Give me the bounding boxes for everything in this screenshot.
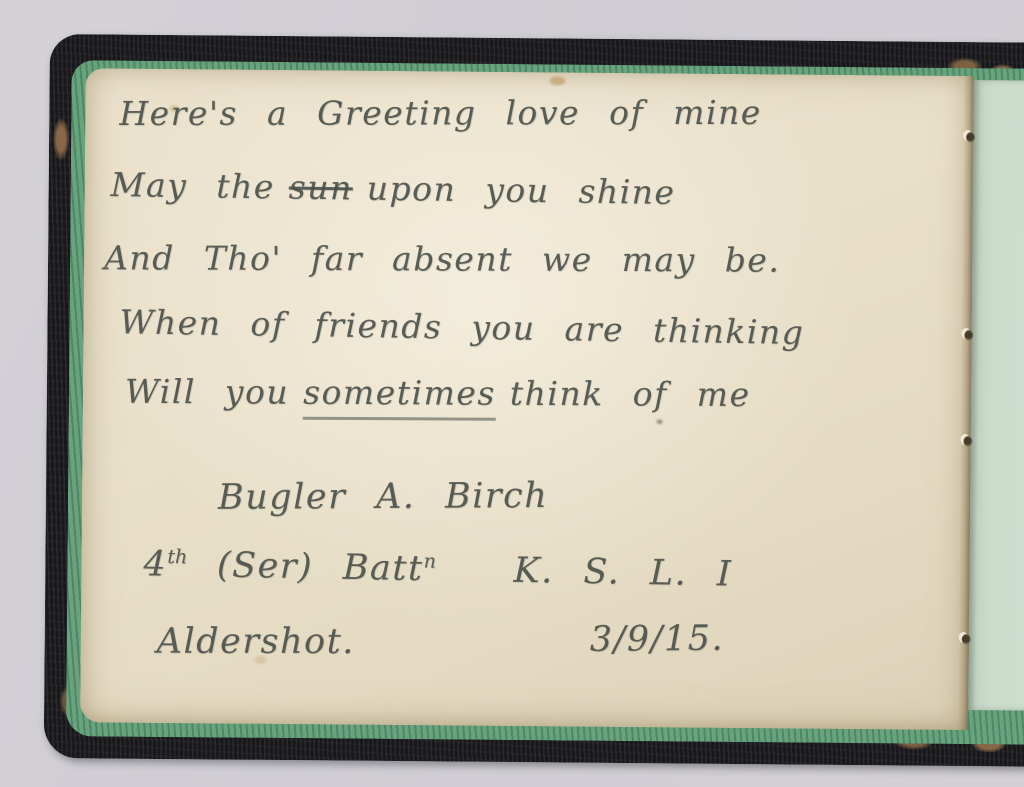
next-page-edge xyxy=(968,80,1024,711)
verse-line-5-end: think of me xyxy=(510,374,751,414)
binding-stitch xyxy=(963,436,972,447)
unit-battalion-sup: n xyxy=(423,550,436,573)
age-spot xyxy=(550,76,566,85)
signature-name: Bugler A. Birch xyxy=(218,476,548,518)
binding-stitch xyxy=(964,330,973,341)
verse-line-2-start: May the xyxy=(110,165,275,206)
verse-line-2: May thesunupon you shine xyxy=(110,165,675,212)
binding-stitch xyxy=(962,634,971,645)
signature-place: Aldershot. xyxy=(157,622,355,662)
binding-stitch xyxy=(966,132,975,143)
verse-line-3: And Tho' far absent we may be. xyxy=(104,238,780,279)
unit-number: 4 xyxy=(143,544,167,584)
verse-line-1: Here's a Greeting love of mine xyxy=(119,93,762,133)
verse-line-2-end: upon you shine xyxy=(366,169,675,212)
verse-line-5: Will yousometimesthink of me xyxy=(125,372,751,422)
signature-date: 3/9/15. xyxy=(590,619,725,660)
unit-battalion: (Ser) Batt xyxy=(217,546,424,590)
verse-line-5-start: Will you xyxy=(125,372,289,412)
scanned-autograph-album-photo: Here's a Greeting love of mine May thesu… xyxy=(0,0,1024,787)
struck-word: sun xyxy=(289,168,353,208)
unit-number-ordinal: th xyxy=(167,545,188,568)
underlined-word: sometimes xyxy=(303,373,496,421)
unit-regiment: K. S. L. I xyxy=(513,551,732,595)
autograph-book: Here's a Greeting love of mine May thesu… xyxy=(44,34,1024,767)
